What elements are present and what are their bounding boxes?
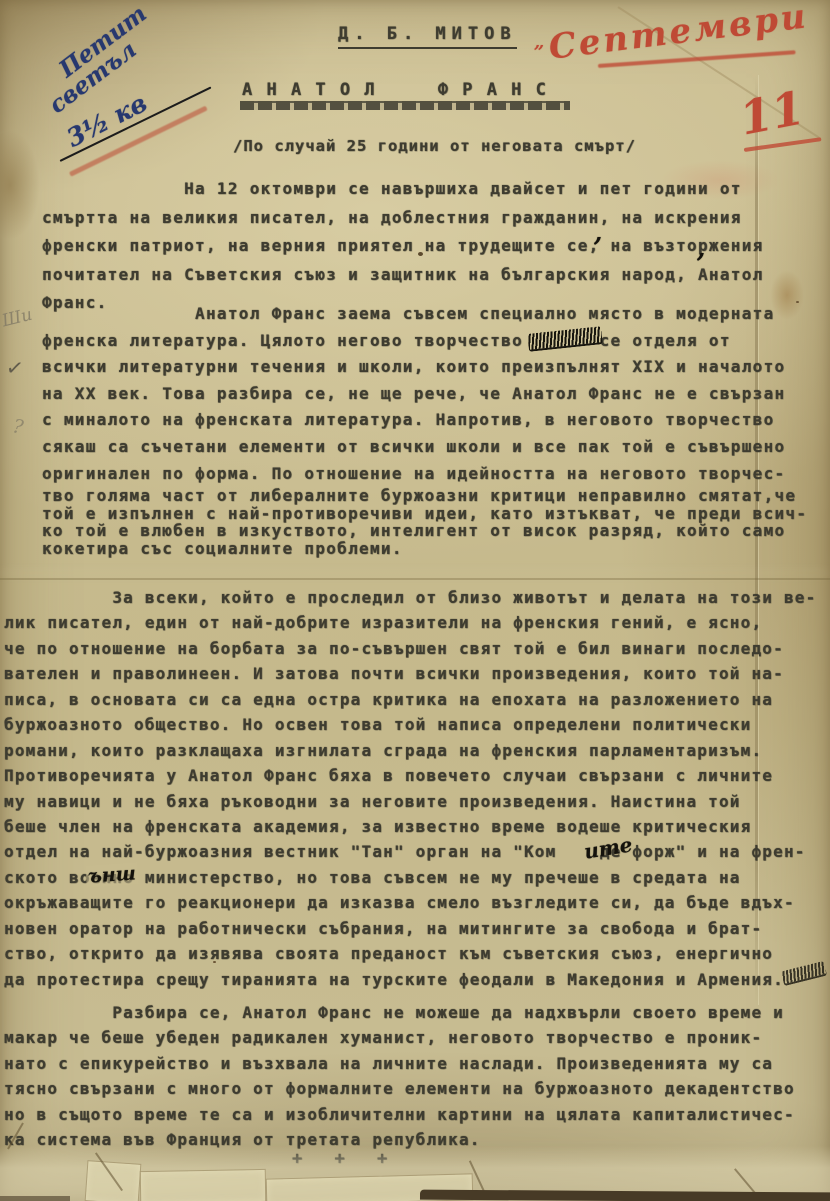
text-line: френска литература. Цялото негово творче… [42, 333, 785, 360]
document-title: А Н А Т О Л Ф Р А Н С [242, 80, 548, 100]
document-author: Д. Б. МИТОВ [338, 24, 517, 49]
margin-checkmark: ✓ [4, 355, 25, 381]
document-subtitle: /По случай 25 години от неговата смърт/ [233, 137, 636, 155]
stain [0, 130, 40, 240]
paragraph-1: На 12 октомври се навършиха двайсет и пе… [42, 181, 764, 324]
text-line: с миналото на френската литература. Напр… [42, 412, 785, 439]
text-line: макар че беше убеден радикален хуманист,… [4, 1030, 795, 1055]
paragraph-3: За всеки, който е проследил от близо жив… [4, 590, 816, 997]
margin-squiggle-mark: Ши [0, 305, 34, 332]
comma-insertion-mark: , [697, 234, 705, 263]
text-line: сякаш са съчетани елементи от всички шко… [42, 439, 785, 466]
text-line: да протестира срещу тиранията на турскит… [4, 972, 816, 997]
text-line: че по отношение на борбата за по-съвърше… [4, 641, 816, 666]
title-underline [240, 101, 570, 110]
text-line: му навици и не бяха ръководни за неговит… [4, 794, 816, 819]
text-line: вателен и праволинеен. И затова почти вс… [4, 666, 816, 691]
paragraph-2: Анатол Франс заема съвсем специално мяст… [42, 306, 785, 492]
comma-insertion-mark: , [594, 218, 602, 247]
text-line: окръжаващите го реакционери да изказва с… [4, 895, 816, 920]
text-line: На 12 октомври се навършиха двайсет и пе… [42, 181, 764, 210]
paragraph-4: Разбира се, Анатол Франс не можеше да на… [4, 1005, 795, 1158]
text-line: За всеки, който е проследил от близо жив… [4, 590, 816, 615]
text-line: новен оратор на работнически събрания, н… [4, 921, 816, 946]
text-line: нато с епикурейство и възхвала на личнит… [4, 1056, 795, 1081]
red-quote-mark: „ [534, 32, 544, 53]
tape-piece [140, 1169, 267, 1201]
scanned-document-page: Петит светъл 3½ кв „ Септември 11 Д. Б. … [0, 0, 830, 1201]
text-line: буржоазното общество. Но освен това той … [4, 717, 816, 742]
text-line: ство, открито да изявява своята преданос… [4, 946, 816, 971]
paragraph-2-continued: тво голяма част от либералните буржоазни… [42, 488, 807, 558]
tape-piece [85, 1160, 142, 1201]
text-line: тво голяма част от либералните буржоазни… [42, 488, 807, 506]
text-line: кокетира със социалните проблеми. [42, 541, 807, 559]
table-edge-shadow [420, 1190, 830, 1201]
text-line: лик писател, един от най-добрите изразит… [4, 615, 816, 640]
horizontal-fold [0, 578, 830, 580]
text-line: беше член на френската академия, за изве… [4, 819, 816, 844]
table-edge-shadow [0, 1196, 70, 1201]
margin-question-mark: ? [11, 415, 25, 438]
text-line: романи, които разклащаха изгнилата сград… [4, 743, 816, 768]
handwritten-insert-unsh: ънш [85, 862, 138, 888]
text-line: писа, в основата си са една остра критик… [4, 692, 816, 717]
text-line: на XX век. Това разбира се, не ще рече, … [42, 386, 785, 413]
text-line: Анатол Франс заема съвсем специално мяст… [42, 306, 785, 333]
text-line: френски патриот, на верния приятел на тр… [42, 238, 764, 267]
text-line: Противоречията у Анатол Франс бяха в пов… [4, 768, 816, 793]
text-line: почитател на Съветския съюз и защитник н… [42, 267, 764, 296]
text-line: тясно свързани с много от формалните еле… [4, 1081, 795, 1106]
text-line: Разбира се, Анатол Франс не можеше да на… [4, 1005, 795, 1030]
text-line: но в същото време те са и изобличителни … [4, 1107, 795, 1132]
handwritten-page-number: 11 [735, 80, 808, 145]
text-line: всички литературни течения и школи, коит… [42, 359, 785, 386]
text-line: смъртта на великия писател, на доблестни… [42, 210, 764, 239]
